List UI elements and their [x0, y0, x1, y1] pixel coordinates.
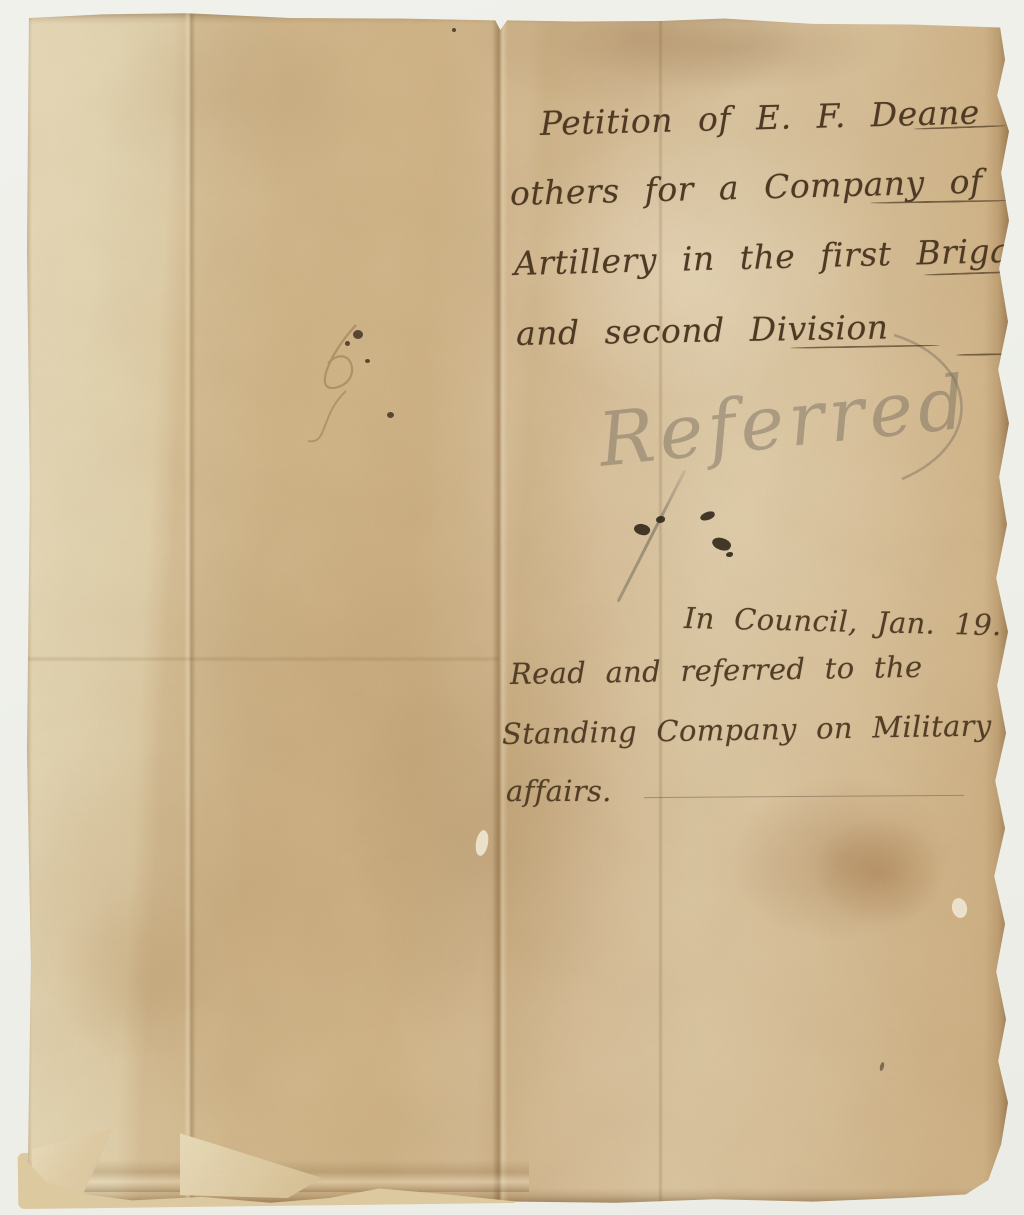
ink-blot	[699, 510, 716, 522]
stain	[564, 2, 894, 92]
fold-crease-main	[492, 12, 508, 1204]
ink-speck	[353, 330, 363, 339]
paper-top-edge	[24, 12, 1010, 24]
paper-chip	[474, 829, 490, 857]
ink-blot	[656, 516, 665, 523]
council-note-line-1: In Council, Jan. 19. 1828	[684, 604, 1024, 642]
stain	[54, 892, 224, 1062]
ink-blot	[726, 552, 733, 557]
council-note-line-2: Read and referred to the	[510, 653, 923, 689]
stain	[814, 817, 944, 927]
council-note-line-3: Standing Company on Military	[502, 711, 992, 749]
document-paper: Petition of E. F. Deane & others for a C…	[24, 12, 1010, 1204]
docket-title-line-1: Petition of E. F. Deane &	[540, 94, 1024, 140]
paper-chip	[950, 897, 969, 920]
ink-speck	[387, 412, 394, 418]
council-note-line-4: affairs.	[506, 777, 612, 806]
ink-speck	[879, 1062, 885, 1072]
ink-blot	[633, 522, 652, 538]
scanner-background: Petition of E. F. Deane & others for a C…	[0, 0, 1024, 1215]
pencil-rule	[644, 795, 964, 798]
ink-speck	[345, 341, 350, 346]
ink-speck	[365, 359, 370, 363]
ink-blot	[710, 535, 732, 554]
ink-speck	[452, 28, 456, 32]
fold-crease-horizontal	[26, 656, 498, 662]
docket-title-line-4: and second Division	[516, 311, 889, 350]
ink-doodle	[294, 317, 394, 457]
paper-left-edge	[24, 12, 32, 1204]
pencil-stroke	[617, 469, 687, 602]
